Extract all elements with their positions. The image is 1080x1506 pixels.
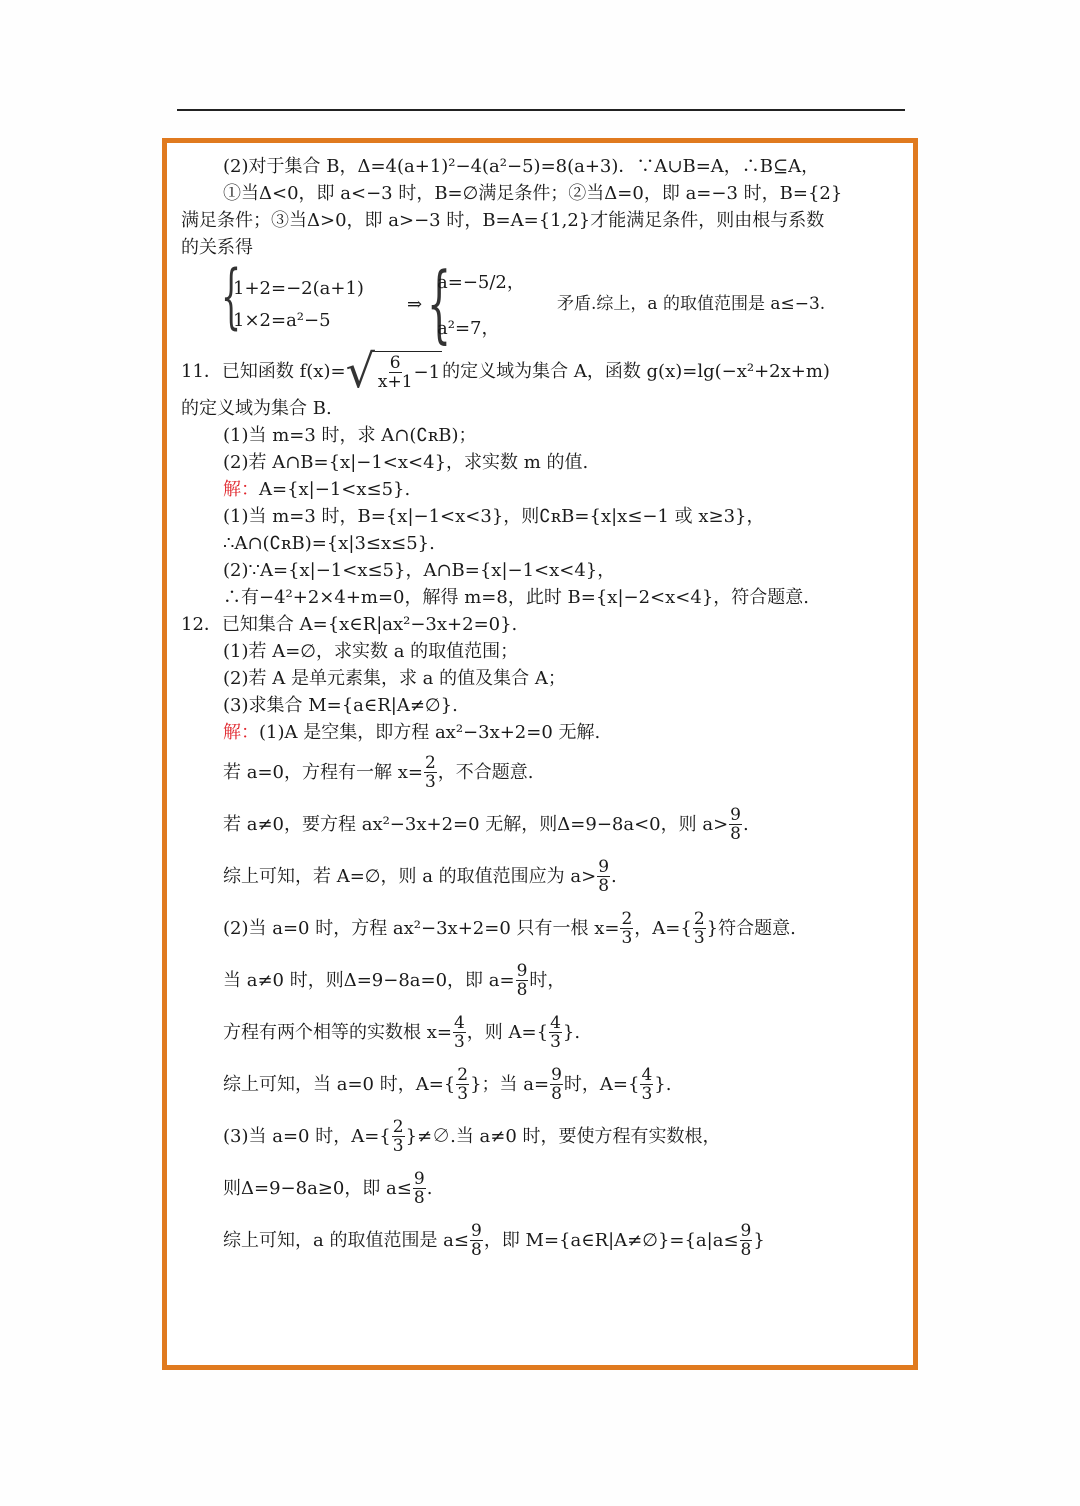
sqrt-expression: √ 6x+1 −1 (346, 348, 443, 394)
text: 时，A={ (564, 1071, 640, 1098)
fraction: 98 (470, 1222, 483, 1259)
q12-sub2: (2)若 A 是单元素集，求 a 的值及集合 A； (181, 665, 903, 692)
q11-sol0-text: A={x|−1<x≤5}. (259, 479, 410, 500)
text: }；当 a= (470, 1071, 549, 1098)
text: 当 a≠0 时，则Δ=9−8a=0，即 a= (223, 967, 515, 994)
equation-system: { 1+2=−2(a+1) 1×2=a²−5 ⇒ { a=−5/2， a²=7，… (181, 265, 903, 347)
q12-s1-text: (1)A 是空集，即方程 ax²−3x+2=0 无解. (259, 722, 600, 743)
q11-stem-c: 的定义域为集合 B. (181, 395, 903, 422)
fraction: 23 (693, 910, 706, 947)
text: . (427, 1175, 433, 1202)
fraction: 98 (550, 1066, 563, 1103)
q11-sol2: ∴A∩(∁ʀB)={x|3≤x≤5}. (181, 530, 903, 557)
header-rule (177, 109, 905, 111)
system-left-eq2: 1×2=a²−5 (233, 307, 331, 334)
p10-line4: 的关系得 (181, 234, 903, 261)
text: }. (563, 1019, 580, 1046)
q12-s8: 综上可知，当 a=0 时，A={ 23 }；当 a= 98 时，A={ 43 }… (181, 1058, 903, 1110)
q11-sub2: (2)若 A∩B={x|−1<x<4}，求实数 m 的值. (181, 449, 903, 476)
fraction: 23 (424, 754, 437, 791)
q12-s1: 解：(1)A 是空集，即方程 ax²−3x+2=0 无解. (181, 719, 903, 746)
implies-arrow: ⇒ (407, 291, 422, 318)
q12-sub3: (3)求集合 M={a∈R|A≠∅}. (181, 692, 903, 719)
solution-box: (2)对于集合 B，Δ=4(a+1)²−4(a²−5)=8(a+3)．∵A∪B=… (162, 138, 918, 1370)
text: }. (654, 1071, 671, 1098)
p10-line3: 满足条件；③当Δ>0，即 a>−3 时，B=A={1,2}才能满足条件，则由根与… (181, 207, 903, 234)
text: . (743, 811, 749, 838)
q12-s5: (2)当 a=0 时，方程 ax²−3x+2=0 只有一根 x= 23 ，A={… (181, 902, 903, 954)
fraction: 23 (620, 910, 633, 947)
text: ，A={ (634, 915, 692, 942)
text: 若 a=0，方程有一解 x= (223, 759, 423, 786)
fraction: 43 (640, 1066, 653, 1103)
text: 则Δ=9−8a≥0，即 a≤ (223, 1175, 412, 1202)
system-left-eq1: 1+2=−2(a+1) (233, 275, 364, 302)
text: 综上可知，当 a=0 时，A={ (223, 1071, 455, 1098)
sqrt-denominator: x+1 (378, 373, 413, 391)
system-right-eq2: a²=7， (437, 315, 499, 342)
fraction: 98 (597, 858, 610, 895)
q11-sol4: ∴有−4²+2×4+m=0，解得 m=8，此时 B={x|−2<x<4}，符合题… (181, 584, 903, 611)
text: ，不合题意. (438, 759, 534, 786)
q11-sub1: (1)当 m=3 时，求 A∩(∁ʀB)； (181, 422, 903, 449)
q12-s4: 综上可知，若 A=∅，则 a 的取值范围应为 a> 98 . (181, 850, 903, 902)
text: ，则 A={ (467, 1019, 548, 1046)
text: . (611, 863, 617, 890)
q12-s7: 方程有两个相等的实数根 x= 43 ，则 A={ 43 }. (181, 1006, 903, 1058)
q11-stem-a: 已知函数 f(x)= (222, 358, 346, 385)
q12-s2: 若 a=0，方程有一解 x= 23 ，不合题意. (181, 746, 903, 798)
q12-s10: 则Δ=9−8a≥0，即 a≤ 98 . (181, 1162, 903, 1214)
q12-s6: 当 a≠0 时，则Δ=9−8a=0，即 a= 98 时， (181, 954, 903, 1006)
q12-s3: 若 a≠0，要方程 ax²−3x+2=0 无解，则Δ=9−8a<0，则 a> 9… (181, 798, 903, 850)
text: } (753, 1227, 764, 1254)
fraction: 98 (729, 806, 742, 843)
q11-stem: 11． 已知函数 f(x)= √ 6x+1 −1 的定义域为集合 A，函数 g(… (181, 347, 903, 395)
text: 方程有两个相等的实数根 x= (223, 1019, 452, 1046)
q11-stem-b: 的定义域为集合 A，函数 g(x)=lg(−x²+2x+m) (442, 358, 830, 385)
sqrt-numerator: 6 (389, 354, 402, 373)
solution-label: 解： (223, 479, 259, 500)
text: }≠∅.当 a≠0 时，要使方程有实数根， (406, 1123, 721, 1150)
q11-sol1: (1)当 m=3 时，B={x|−1<x<3}，则∁ʀB={x|x≤−1 或 x… (181, 503, 903, 530)
fraction: 43 (453, 1014, 466, 1051)
q12-stem-text: 已知集合 A={x∈R|ax²−3x+2=0}. (222, 614, 517, 635)
q11-number: 11． (181, 358, 222, 385)
q12-s9: (3)当 a=0 时，A={ 23 }≠∅.当 a≠0 时，要使方程有实数根， (181, 1110, 903, 1162)
fraction: 98 (413, 1170, 426, 1207)
sqrt-tail: −1 (414, 359, 441, 386)
text: 若 a≠0，要方程 ax²−3x+2=0 无解，则Δ=9−8a<0，则 a> (223, 811, 728, 838)
text: (3)当 a=0 时，A={ (223, 1123, 391, 1150)
fraction: 98 (516, 962, 529, 999)
fraction: 98 (740, 1222, 753, 1259)
p10-line1: (2)对于集合 B，Δ=4(a+1)²−4(a²−5)=8(a+3)．∵A∪B=… (181, 153, 903, 180)
text: 综上可知，若 A=∅，则 a 的取值范围应为 a> (223, 863, 596, 890)
q12-sub1: (1)若 A=∅，求实数 a 的取值范围； (181, 638, 903, 665)
text: ，即 M={a∈R|A≠∅}={a|a≤ (484, 1227, 739, 1254)
q12-stem: 12．已知集合 A={x∈R|ax²−3x+2=0}. (181, 611, 903, 638)
radical-icon: √ (346, 348, 375, 394)
fraction: 43 (549, 1014, 562, 1051)
p10-line2: ①当Δ<0，即 a<−3 时，B=∅满足条件；②当Δ=0，即 a=−3 时，B=… (181, 180, 903, 207)
q12-s11: 综上可知，a 的取值范围是 a≤ 98 ，即 M={a∈R|A≠∅}={a|a≤… (181, 1214, 903, 1266)
q11-sol3: (2)∵A={x|−1<x≤5}，A∩B={x|−1<x<4}， (181, 557, 903, 584)
system-right-eq1: a=−5/2， (437, 269, 525, 296)
q11-sol0: 解：A={x|−1<x≤5}. (181, 476, 903, 503)
text: (2)当 a=0 时，方程 ax²−3x+2=0 只有一根 x= (223, 915, 619, 942)
text: 时， (529, 967, 565, 994)
text: 综上可知，a 的取值范围是 a≤ (223, 1227, 469, 1254)
text: }符合题意. (707, 915, 796, 942)
solution-label: 解： (223, 722, 259, 743)
p10-conclusion: 矛盾.综上，a 的取值范围是 a≤−3. (557, 291, 825, 318)
fraction: 23 (456, 1066, 469, 1103)
solution-content: (2)对于集合 B，Δ=4(a+1)²−4(a²−5)=8(a+3)．∵A∪B=… (181, 151, 903, 1266)
fraction: 23 (392, 1118, 405, 1155)
q12-number: 12． (181, 614, 222, 635)
